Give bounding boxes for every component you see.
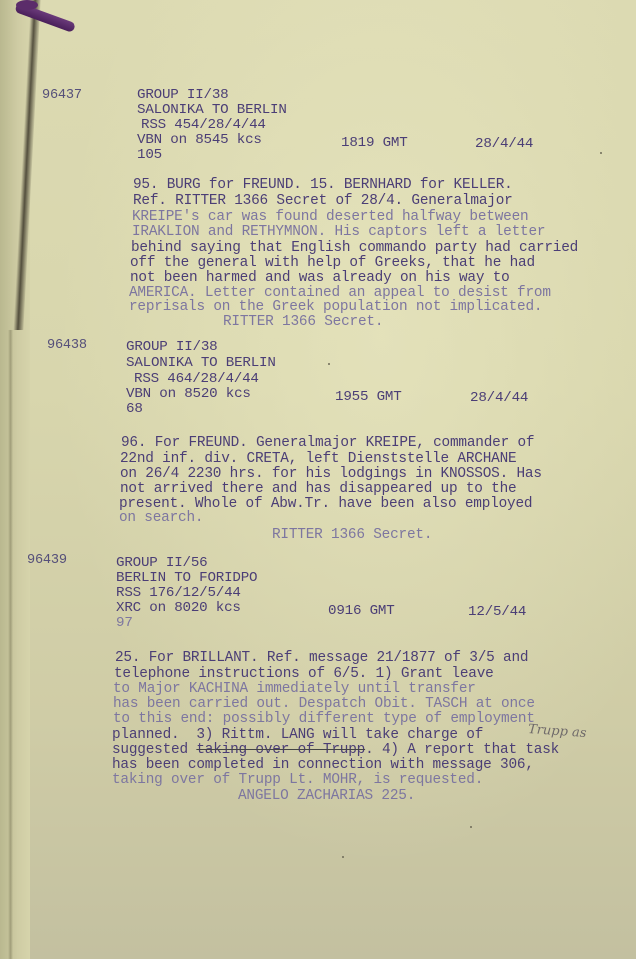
message-rss: RSS 454/28/4/44 — [141, 118, 266, 133]
paper-speck — [328, 363, 330, 365]
message-time: 1819 GMT — [341, 136, 408, 151]
message-serial: 96437 — [42, 88, 82, 104]
paper-speck — [470, 826, 472, 828]
message-station: VBN on 8545 kcs — [137, 133, 262, 148]
document-page: 96437 GROUP II/38 SALONIKA TO BERLIN RSS… — [0, 0, 636, 959]
message-rss: RSS 464/28/4/44 — [134, 372, 259, 387]
body-text: . 4) A report that task — [365, 742, 559, 758]
message-rss: RSS 176/12/5/44 — [116, 586, 241, 601]
struck-text: taking over of Trupp — [196, 742, 365, 758]
message-body-line: 96. For FREUND. Generalmajor KREIPE, com… — [121, 436, 534, 451]
message-serial: 96439 — [27, 553, 67, 569]
message-body-line: on search. — [119, 511, 203, 526]
message-group: GROUP II/38 — [126, 340, 217, 355]
message-date: 28/4/44 — [470, 391, 528, 406]
message-time: 1955 GMT — [335, 390, 402, 405]
message-signature: RITTER 1366 Secret. — [272, 528, 432, 544]
message-body-line: taking over of Trupp Lt. MOHR, is reques… — [112, 773, 483, 788]
message-length: 97 — [116, 616, 133, 631]
body-text: suggested — [112, 742, 196, 758]
binding-shadow-lower — [8, 330, 13, 959]
message-group: GROUP II/56 — [116, 556, 207, 571]
message-body-line: Ref. RITTER 1366 Secret of 28/4. General… — [133, 194, 513, 209]
message-station: VBN on 8520 kcs — [126, 387, 251, 402]
message-date: 12/5/44 — [468, 605, 526, 620]
message-group: GROUP II/38 — [137, 88, 228, 103]
message-body-line: 25. For BRILLANT. Ref. message 21/1877 o… — [115, 651, 528, 666]
message-signature: RITTER 1366 Secret. — [223, 315, 383, 331]
message-body-line: IRAKLION and RETHYMNON. His captors left… — [132, 225, 545, 240]
paper-speck — [342, 856, 344, 858]
string-knot — [16, 0, 38, 10]
message-route: SALONIKA TO BERLIN — [137, 103, 287, 118]
message-body-line: 95. BURG for FREUND. 15. BERNHARD for KE… — [133, 178, 513, 193]
message-length: 68 — [126, 402, 143, 417]
message-body-line: to this end: possibly different type of … — [113, 712, 535, 727]
message-route: BERLIN TO FORIDPO — [116, 571, 257, 586]
message-signature: ANGELO ZACHARIAS 225. — [238, 789, 415, 805]
handwritten-annotation: Trupp as — [528, 722, 587, 741]
message-time: 0916 GMT — [328, 604, 395, 619]
message-serial: 96438 — [47, 338, 87, 354]
paper-speck — [600, 152, 602, 154]
message-route: SALONIKA TO BERLIN — [126, 356, 276, 371]
message-date: 28/4/44 — [475, 137, 533, 152]
message-station: XRC on 8020 kcs — [116, 601, 241, 616]
message-length: 105 — [137, 148, 162, 163]
